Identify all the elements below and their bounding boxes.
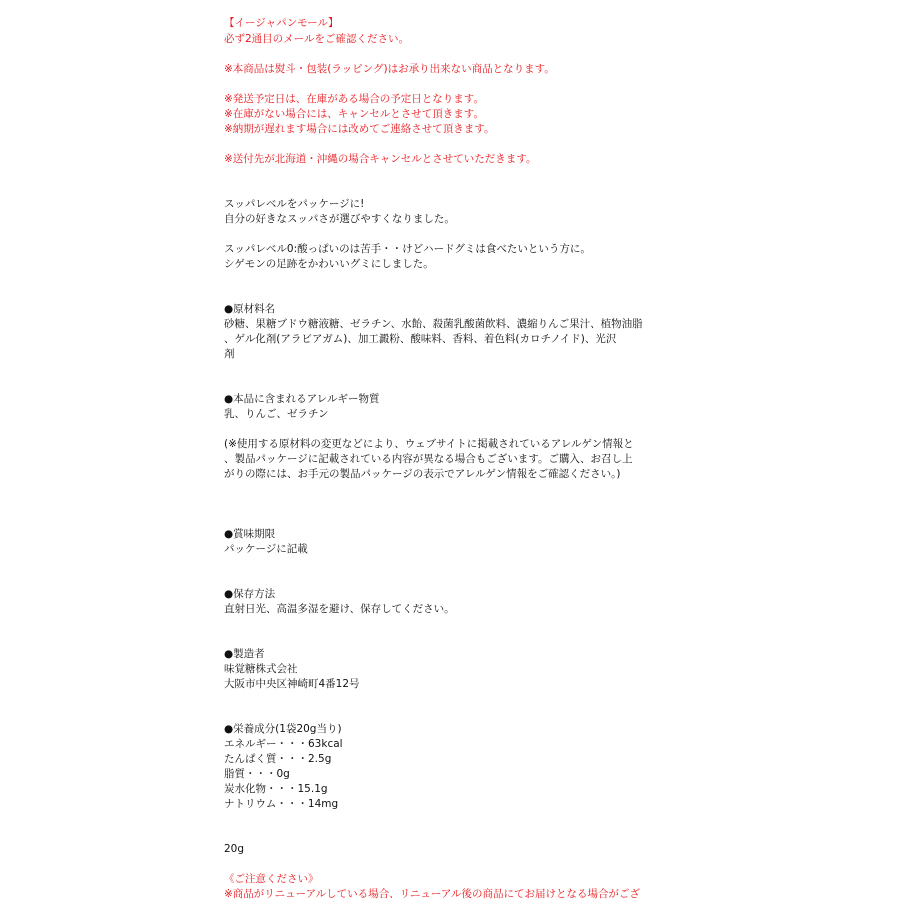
description-line: スッパレベルをパッケージに!: [224, 197, 364, 212]
net-weight: 20g: [224, 842, 244, 857]
ingredients-text: 、ゲル化剤(アラビアガム)、加工澱粉、酸味料、香料、着色料(カロチノイド)、光沢: [224, 332, 616, 347]
storage-value: 直射日光、高温多湿を避け、保存してください。: [224, 602, 455, 617]
allergens-value: 乳、りんご、ゼラチン: [224, 407, 328, 422]
allergens-note: がりの際には、お手元の製品パッケージの表示でアレルゲン情報をご確認ください。): [224, 467, 621, 482]
best-before-value: パッケージに記載: [224, 542, 308, 557]
nutrition-row: 炭水化物・・・15.1g: [224, 782, 328, 797]
manufacturer-address: 大阪市中央区神崎町4番12号: [224, 677, 360, 692]
allergens-note: 、製品パッケージに記載されている内容が異なる場合もございます。ご購入、お召し上: [224, 452, 632, 467]
shop-name: 【イージャパンモール】: [224, 16, 338, 31]
ship-date-notice: ※発送予定日は、在庫がある場合の予定日となります。: [224, 92, 484, 107]
allergens-note: (※使用する原材料の変更などにより、ウェブサイトに掲載されているアレルゲン情報と: [224, 437, 634, 452]
best-before-heading: ●賞味期限: [224, 527, 275, 542]
description-line: シゲモンの足跡をかわいいグミにしました。: [224, 257, 434, 272]
storage-heading: ●保存方法: [224, 587, 275, 602]
manufacturer-heading: ●製造者: [224, 647, 265, 662]
caution-heading: 《ご注意ください》: [224, 872, 319, 887]
description-line: スッパレベル0:酸っぱいのは苦手・・けどハードグミは食べたいという方に。: [224, 242, 591, 257]
ingredients-text: 剤: [224, 347, 235, 362]
allergens-heading: ●本品に含まれるアレルギー物質: [224, 392, 379, 407]
nutrition-row: たんぱく質・・・2.5g: [224, 752, 331, 767]
manufacturer-name: 味覚糖株式会社: [224, 662, 298, 677]
mail-check-notice: 必ず2通目のメールをご確認ください。: [224, 32, 409, 47]
caution-text: ※商品がリニューアルしている場合、リニューアル後の商品にてお届けとなる場合がござ: [224, 887, 640, 900]
nutrition-row: エネルギー・・・63kcal: [224, 737, 343, 752]
nutrition-row: 脂質・・・0g: [224, 767, 290, 782]
no-wrapping-notice: ※本商品は熨斗・包装(ラッピング)はお承り出来ない商品となります。: [224, 62, 555, 77]
description-line: 自分の好きなスッパさが選びやすくなりました。: [224, 212, 455, 227]
delay-notice: ※納期が遅れます場合には改めてご連絡させて頂きます。: [224, 122, 494, 137]
nutrition-heading: ●栄養成分(1袋20g当り): [224, 722, 342, 737]
no-stock-notice: ※在庫がない場合には、キャンセルとさせて頂きます。: [224, 107, 484, 122]
ingredients-text: 砂糖、果糖ブドウ糖液糖、ゼラチン、水飴、殺菌乳酸菌飲料、濃縮りんご果汁、植物油脂: [224, 317, 643, 332]
ingredients-heading: ●原材料名: [224, 302, 275, 317]
region-notice: ※送付先が北海道・沖縄の場合キャンセルとさせていただきます。: [224, 152, 536, 167]
nutrition-row: ナトリウム・・・14mg: [224, 797, 338, 812]
